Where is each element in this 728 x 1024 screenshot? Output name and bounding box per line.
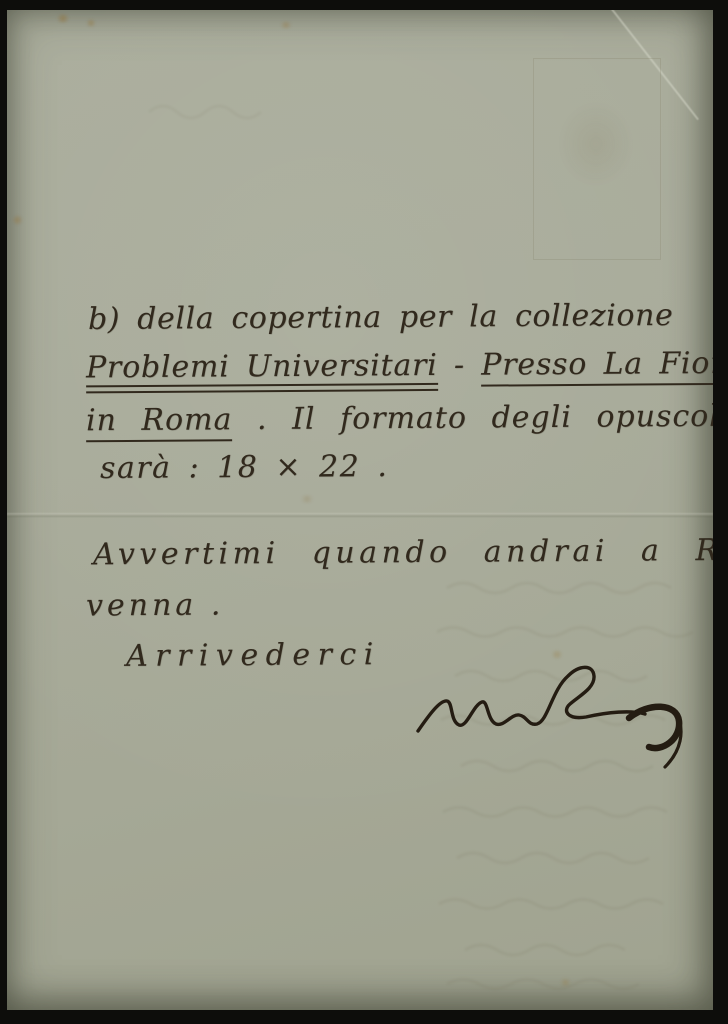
fox-stain [11, 215, 24, 225]
fox-stain [55, 14, 71, 23]
format-dimensions: sarà : 18 × 22 . [100, 449, 389, 486]
line-1-text: b) della copertina per la collezione [88, 298, 674, 337]
publisher-underlined: Presso La Fionda [481, 346, 713, 387]
line-3-text: . Il formato degli opuscoli [232, 399, 713, 437]
letter-page: b) della copertina per la collezione Pro… [7, 10, 713, 1010]
stamp-showthrough-blob [556, 99, 636, 189]
fox-stain [85, 19, 97, 27]
handwritten-line-6: venna . [86, 589, 225, 624]
handwritten-line-2: Problemi Universitari - Presso La Fionda [86, 347, 713, 386]
handwritten-line-5: Avvertimi quando andrai a Ra- [93, 534, 713, 573]
fold-crease [7, 513, 713, 517]
scan-background: b) della copertina per la collezione Pro… [0, 0, 728, 1024]
verso-writing-showthrough-top [145, 88, 275, 128]
verso-writing-showthrough [437, 570, 713, 1000]
series-title-underlined: Problemi Universitari [86, 348, 438, 393]
fox-stain [299, 495, 315, 503]
city-underlined: in Roma [86, 402, 233, 442]
signature-flourish [415, 655, 705, 770]
handwritten-line-3: in Roma . Il formato degli opuscoli [86, 400, 713, 439]
fox-stain [559, 978, 572, 987]
line-6-text: venna . [86, 588, 225, 624]
handwritten-line-4: sarà : 18 × 22 . [100, 450, 389, 487]
closing-salutation: Arrivederci [126, 638, 381, 674]
handwritten-line-1: b) della copertina per la collezione [88, 299, 674, 338]
line-2-dash: - [438, 348, 482, 383]
stamp-showthrough [533, 58, 661, 260]
line-5-text: Avvertimi quando andrai a Ra- [93, 533, 713, 573]
closing-text: Arrivederci [126, 637, 381, 674]
fox-stain [279, 21, 293, 29]
